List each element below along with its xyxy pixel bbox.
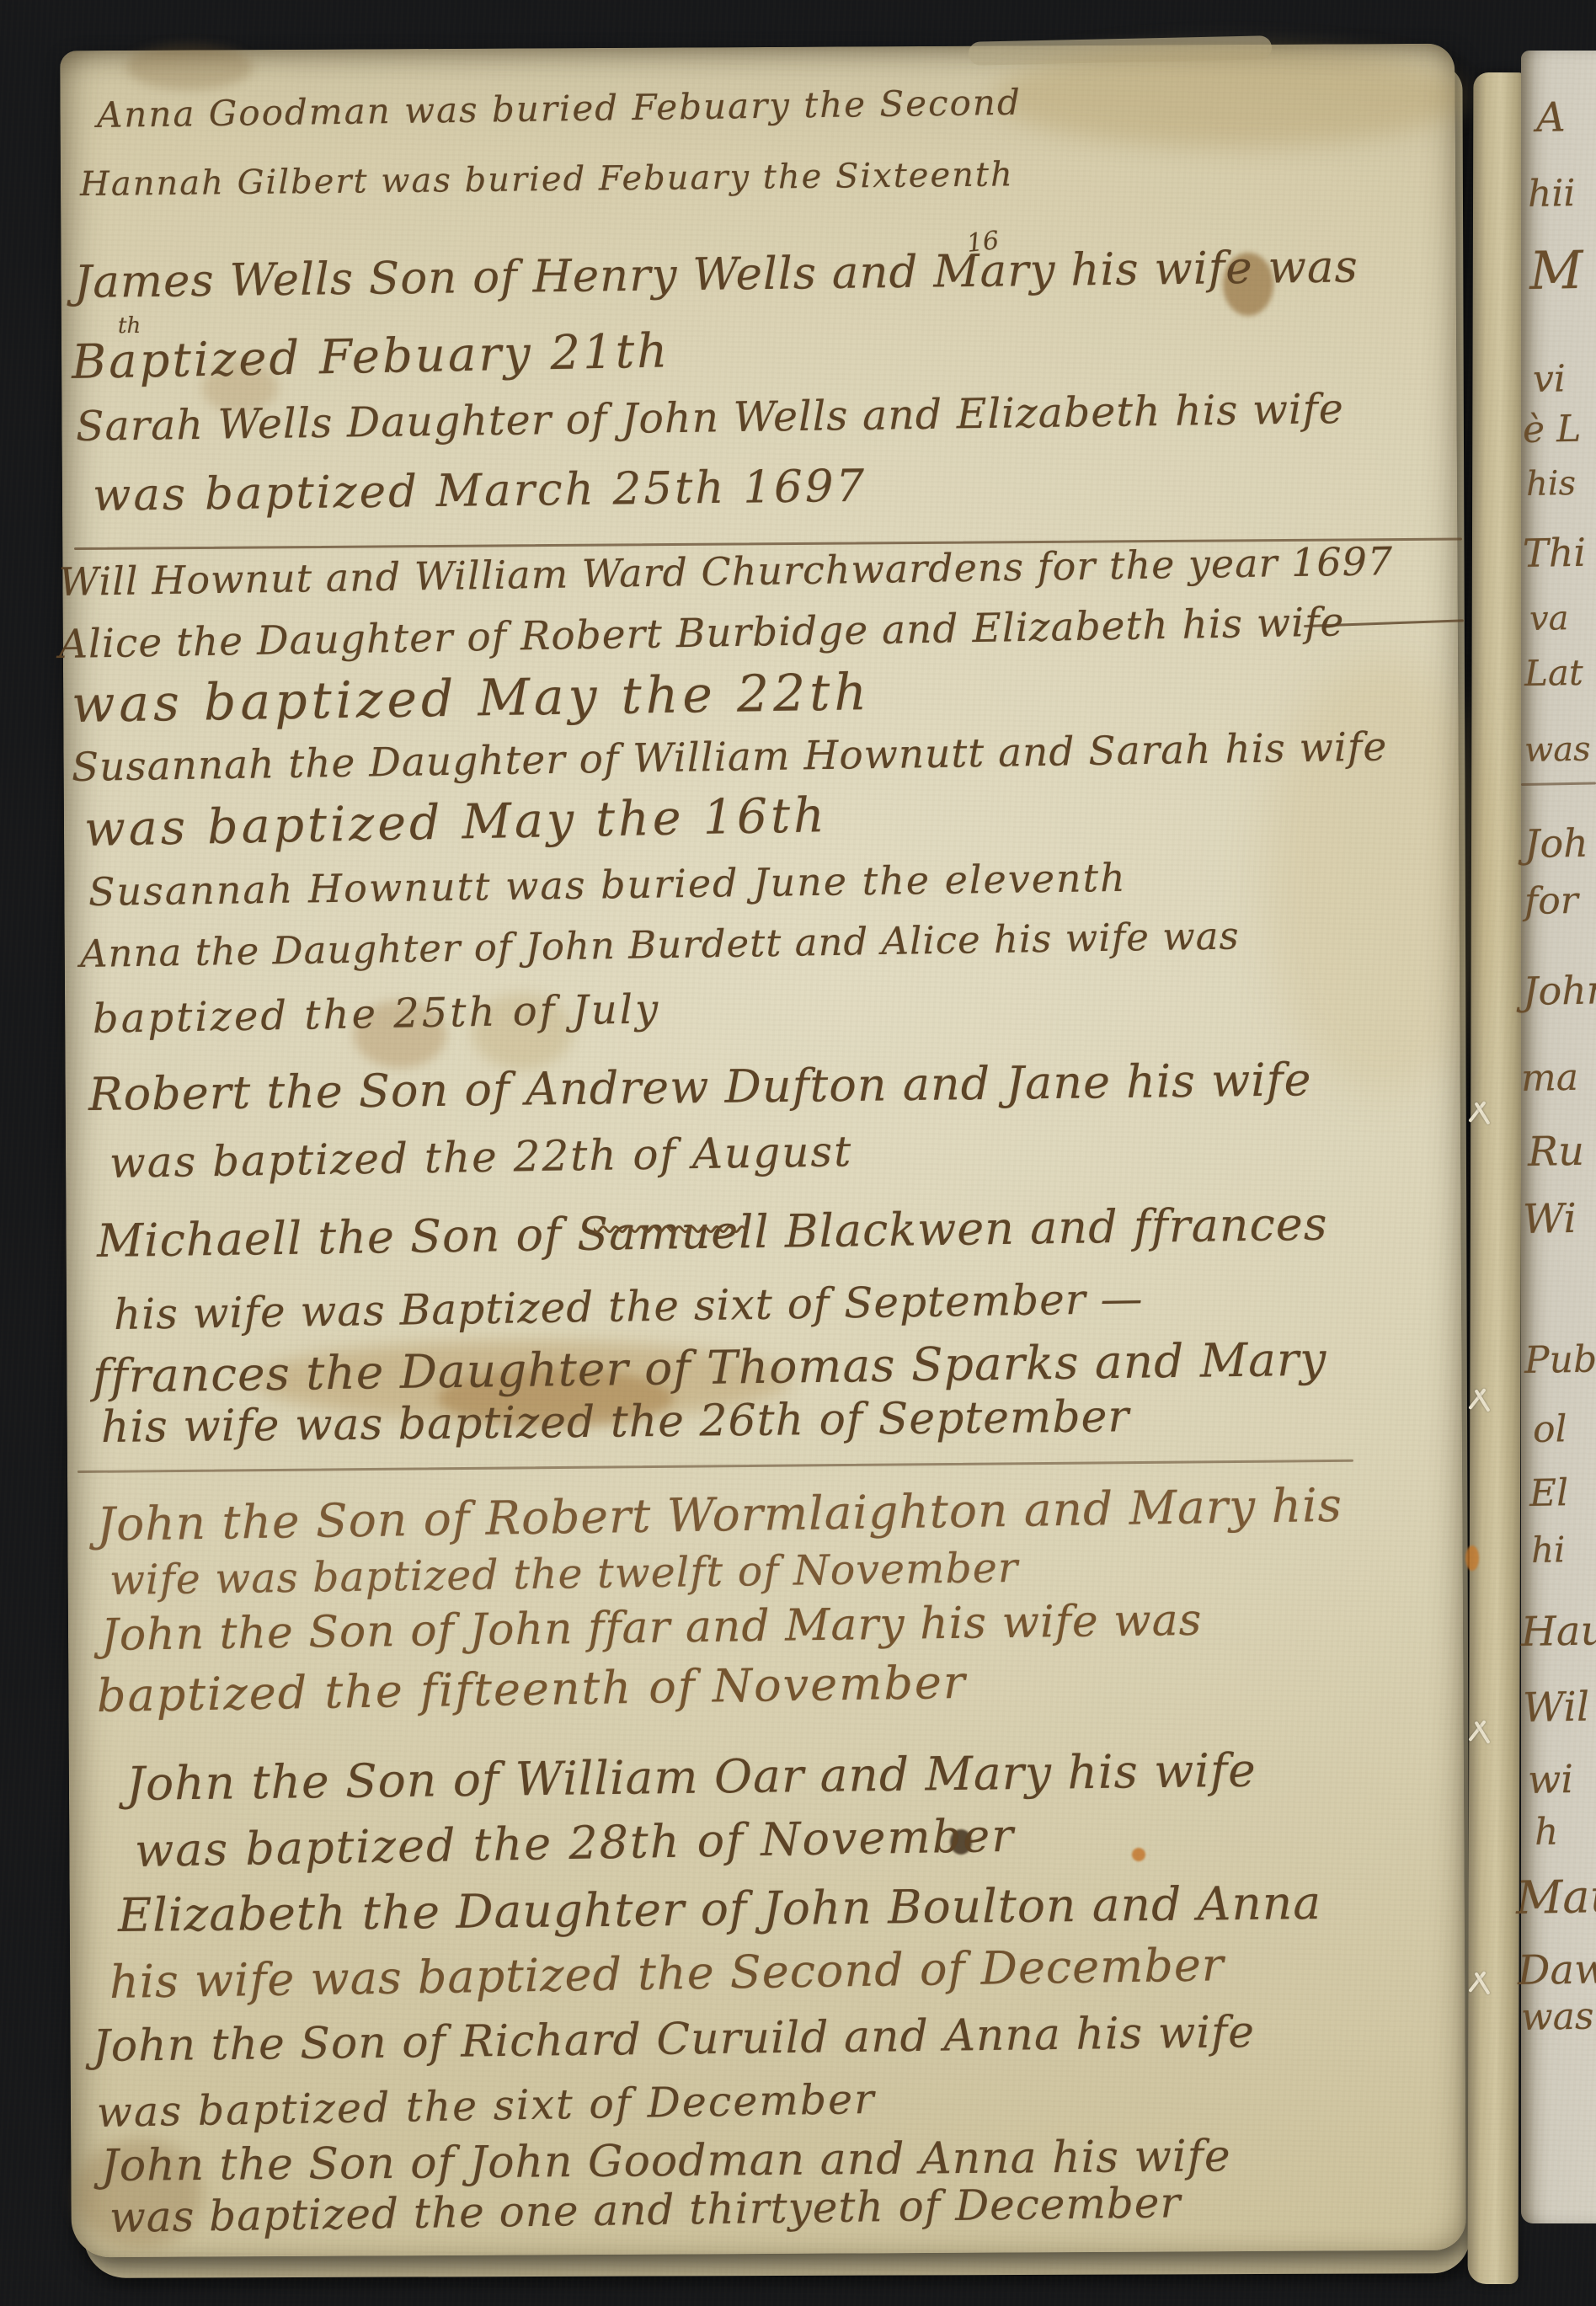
- right-page-fragment: vi: [1533, 357, 1567, 401]
- right-page-fragment: for: [1524, 879, 1579, 923]
- right-page-fragment: h: [1535, 1811, 1559, 1854]
- manuscript-line: John the Son of Richard Curuild and Anna…: [93, 2007, 1256, 2072]
- right-page-fragment: was: [1521, 1994, 1594, 2039]
- manuscript-line: Susannah the Daughter of William Hownutt…: [72, 723, 1388, 791]
- right-page-fragment: ol: [1533, 1407, 1567, 1451]
- manuscript-line: wife was baptized the twelft of November: [109, 1544, 1019, 1604]
- manuscript-line: John the Son of John ffar and Mary his w…: [101, 1595, 1203, 1661]
- manuscript-line: Sarah Wells Daughter of John Wells and E…: [76, 385, 1345, 451]
- manuscript-line: John the Son of William Oar and Mary his…: [126, 1743, 1257, 1811]
- right-page-fragment: wi: [1528, 1756, 1574, 1802]
- manuscript-line: was baptized March 25th 1697: [93, 461, 867, 521]
- right-page-fragment: Thi: [1523, 530, 1587, 576]
- superscript-mark: th: [118, 313, 141, 339]
- right-page-fragment: hii: [1528, 172, 1576, 216]
- right-page-fragment: Wi: [1523, 1195, 1577, 1243]
- manuscript-line: was baptized May the 16th: [83, 787, 828, 857]
- scribble-mark: ~~~~~~: [594, 1213, 748, 1246]
- right-page-fragment: va: [1529, 599, 1569, 638]
- manuscript-line: was baptized the sixt of December: [97, 2075, 877, 2137]
- right-page-fragment: M: [1529, 239, 1583, 302]
- manuscript-line: baptized the fifteenth of November: [97, 1656, 968, 1722]
- manuscript-line: his wife was baptized the 26th of Septem…: [101, 1391, 1130, 1453]
- manuscript-line: his wife was Baptized the sixt of Septem…: [114, 1274, 1144, 1339]
- right-page-fragment: Pub: [1524, 1338, 1596, 1382]
- manuscript-line: Elizabeth the Daughter of John Boulton a…: [118, 1876, 1322, 1942]
- ink-rule: [77, 1460, 1353, 1473]
- manuscript-line: James Wells Son of Henry Wells and Mary …: [74, 241, 1358, 308]
- right-page-fragment: hi: [1531, 1529, 1566, 1571]
- manuscript-line: Anna the Daughter of John Burdett and Al…: [80, 913, 1240, 976]
- right-page-fragment: Lat: [1524, 652, 1584, 694]
- right-page-fragment: his: [1526, 464, 1577, 504]
- right-page-fragment: Daw: [1518, 1946, 1596, 1994]
- right-page-fragment: Hau: [1521, 1607, 1596, 1656]
- right-page-fragment: ma: [1521, 1056, 1579, 1100]
- right-page-fragment: was: [1524, 730, 1591, 770]
- right-page-fragment: Joh: [1524, 820, 1589, 867]
- manuscript-line: was baptized May the 22th: [71, 663, 871, 734]
- right-page-fragment: El: [1529, 1471, 1569, 1515]
- manuscript-line: Alice the Daughter of Robert Burbidge an…: [59, 599, 1345, 668]
- manuscript-line: was baptized the 28th of November: [134, 1809, 1015, 1877]
- manuscript-line: was baptized the 22th of August: [109, 1127, 853, 1188]
- photo-canvas: Anna Goodman was buried Febuary the Seco…: [0, 0, 1596, 2306]
- right-page-fragment: è L: [1523, 408, 1582, 451]
- manuscript-line: Robert the Son of Andrew Dufton and Jane…: [88, 1053, 1312, 1121]
- right-page-fragment: A: [1536, 93, 1567, 141]
- manuscript-line: his wife was baptized the Second of Dece…: [109, 1938, 1225, 2009]
- manuscript-line: Susannah Hownutt was buried June the ele…: [88, 855, 1127, 915]
- ink-layer: Anna Goodman was buried Febuary the Seco…: [0, 0, 1596, 2306]
- superscript-mark: 16: [965, 226, 1001, 259]
- right-page-fragment: Ru: [1528, 1128, 1585, 1176]
- manuscript-line: ffrances the Daughter of Thomas Sparks a…: [93, 1332, 1327, 1403]
- right-page-fragment: John: [1523, 967, 1596, 1014]
- manuscript-line: baptized the 25th of July: [93, 985, 661, 1043]
- right-page-fragment: Mau: [1515, 1870, 1596, 1924]
- manuscript-line: Baptized Febuary 21th: [71, 323, 670, 390]
- manuscript-line: Anna Goodman was buried Febuary the Seco…: [97, 82, 1022, 136]
- manuscript-line: John the Son of Robert Wormlaighton and …: [96, 1478, 1342, 1551]
- right-page-fragment: Wil: [1523, 1684, 1590, 1732]
- manuscript-line: Hannah Gilbert was buried Febuary the Si…: [80, 155, 1014, 204]
- ink-rule: [1521, 782, 1596, 786]
